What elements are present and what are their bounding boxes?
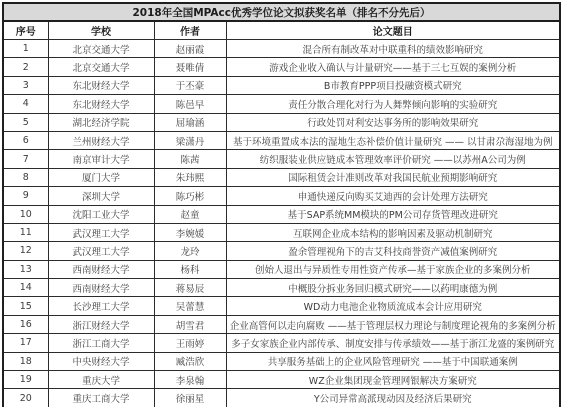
table-row: 7南京审计大学陈茜纺织服装业供应链成本管理效率评价研究 ——以苏州A公司为例 xyxy=(3,150,560,168)
column-header-author: 作者 xyxy=(154,21,226,40)
thesis-title-cell: 游戏企业收入确认与计量研究——基于三七互娱的案例分析 xyxy=(226,58,560,76)
table-row: 4东北财经大学陈邑早责任分散合理化对行为人舞弊倾向影响的实验研究 xyxy=(3,95,560,113)
awards-table: 2018年全国MPAcc优秀学位论文拟获奖名单（排名不分先后） 序号 学校 作者… xyxy=(2,2,561,407)
thesis-title-cell: 盈余管理视角下的吉艾科技商誉资产减值案例研究 xyxy=(226,242,560,260)
table-header-row: 序号 学校 作者 论文题目 xyxy=(3,21,560,40)
school-cell: 深圳大学 xyxy=(48,187,154,205)
row-number-cell: 5 xyxy=(3,113,48,131)
table-row: 17浙江工商大学王雨婷多子女家族企业内部传承、制度安排与传承绩效——基于浙江龙盛… xyxy=(3,334,560,352)
row-number-cell: 7 xyxy=(3,150,48,168)
author-cell: 李婉媛 xyxy=(154,223,226,241)
school-cell: 西南财经大学 xyxy=(48,260,154,278)
author-cell: 蒋易辰 xyxy=(154,279,226,297)
table-row: 15长沙理工大学吴蕾慧WD动力电池企业物质流成本会计应用研究 xyxy=(3,297,560,315)
thesis-title-cell: 责任分散合理化对行为人舞弊倾向影响的实验研究 xyxy=(226,95,560,113)
table-title: 2018年全国MPAcc优秀学位论文拟获奖名单（排名不分先后） xyxy=(3,3,560,21)
table-row: 20重庆工商大学徐丽星Y公司异常高派现动因及经济后果研究 xyxy=(3,389,560,407)
author-cell: 李泉翰 xyxy=(154,371,226,389)
table-row: 2北京交通大学聂唯倩游戏企业收入确认与计量研究——基于三七互娱的案例分析 xyxy=(3,58,560,76)
school-cell: 浙江工商大学 xyxy=(48,334,154,352)
table-row: 16浙江财经大学胡雪君企业高管何以走向腐败 ——基于管理层权力理论与制度理论视角… xyxy=(3,315,560,333)
row-number-cell: 17 xyxy=(3,334,48,352)
author-cell: 王雨婷 xyxy=(154,334,226,352)
table-row: 11武汉理工大学李婉媛互联网企业成本结构的影响因素及驱动机制研究 xyxy=(3,223,560,241)
thesis-title-cell: 企业高管何以走向腐败 ——基于管理层权力理论与制度理论视角的多案例分析 xyxy=(226,315,560,333)
thesis-title-cell: 国际租赁会计准则改革对我国民航业预期影响研究 xyxy=(226,168,560,186)
row-number-cell: 6 xyxy=(3,131,48,149)
table-row: 13西南财经大学杨科创始人退出与异质性专用性资产传承—基于家族企业的多案例分析 xyxy=(3,260,560,278)
thesis-title-cell: 多子女家族企业内部传承、制度安排与传承绩效——基于浙江龙盛的案例研究 xyxy=(226,334,560,352)
row-number-cell: 11 xyxy=(3,223,48,241)
thesis-title-cell: 基于SAP系统MM模块的PM公司存货管理改进研究 xyxy=(226,205,560,223)
thesis-title-cell: 共享服务基础上的企业风险管理研究 ——基于中国联通案例 xyxy=(226,352,560,370)
school-cell: 长沙理工大学 xyxy=(48,297,154,315)
school-cell: 厦门大学 xyxy=(48,168,154,186)
column-header-number: 序号 xyxy=(3,21,48,40)
school-cell: 兰州财经大学 xyxy=(48,131,154,149)
row-number-cell: 14 xyxy=(3,279,48,297)
column-header-thesis: 论文题目 xyxy=(226,21,560,40)
author-cell: 杨科 xyxy=(154,260,226,278)
school-cell: 重庆大学 xyxy=(48,371,154,389)
page-container: 2018年全国MPAcc优秀学位论文拟获奖名单（排名不分先后） 序号 学校 作者… xyxy=(0,0,563,407)
author-cell: 聂唯倩 xyxy=(154,58,226,76)
table-row: 12武汉理工大学龙玲盈余管理视角下的吉艾科技商誉资产减值案例研究 xyxy=(3,242,560,260)
author-cell: 赵丽霞 xyxy=(154,40,226,58)
author-cell: 吴蕾慧 xyxy=(154,297,226,315)
table-row: 5湖北经济学院屈瑜涵行政处罚对利安达事务所的影响效果研究 xyxy=(3,113,560,131)
author-cell: 陈巧彬 xyxy=(154,187,226,205)
table-row: 6兰州财经大学梁潇丹基于环境重置成本法的湿地生态补偿价值计量研究 —— 以甘肃尕… xyxy=(3,131,560,149)
school-cell: 东北财经大学 xyxy=(48,95,154,113)
author-cell: 臧浩欣 xyxy=(154,352,226,370)
school-cell: 北京交通大学 xyxy=(48,58,154,76)
school-cell: 湖北经济学院 xyxy=(48,113,154,131)
row-number-cell: 8 xyxy=(3,168,48,186)
row-number-cell: 10 xyxy=(3,205,48,223)
school-cell: 中央财经大学 xyxy=(48,352,154,370)
school-cell: 武汉理工大学 xyxy=(48,242,154,260)
author-cell: 梁潇丹 xyxy=(154,131,226,149)
author-cell: 龙玲 xyxy=(154,242,226,260)
school-cell: 东北财经大学 xyxy=(48,76,154,94)
thesis-title-cell: 混合所有制改革对中联重科的绩效影响研究 xyxy=(226,40,560,58)
table-row: 14西南财经大学蒋易辰中概股分拆业务回归模式研究——以药明康德为例 xyxy=(3,279,560,297)
thesis-title-cell: 纺织服装业供应链成本管理效率评价研究 ——以苏州A公司为例 xyxy=(226,150,560,168)
author-cell: 徐丽星 xyxy=(154,389,226,407)
row-number-cell: 16 xyxy=(3,315,48,333)
thesis-title-cell: WD动力电池企业物质流成本会计应用研究 xyxy=(226,297,560,315)
table-title-row: 2018年全国MPAcc优秀学位论文拟获奖名单（排名不分先后） xyxy=(3,3,560,21)
school-cell: 浙江财经大学 xyxy=(48,315,154,333)
row-number-cell: 13 xyxy=(3,260,48,278)
row-number-cell: 3 xyxy=(3,76,48,94)
table-row: 10沈阳工业大学赵童基于SAP系统MM模块的PM公司存货管理改进研究 xyxy=(3,205,560,223)
author-cell: 胡雪君 xyxy=(154,315,226,333)
author-cell: 陈邑早 xyxy=(154,95,226,113)
school-cell: 重庆工商大学 xyxy=(48,389,154,407)
school-cell: 沈阳工业大学 xyxy=(48,205,154,223)
table-row: 3东北财经大学于丕豪B市教育PPP项目投融资模式研究 xyxy=(3,76,560,94)
table-body: 1北京交通大学赵丽霞混合所有制改革对中联重科的绩效影响研究2北京交通大学聂唯倩游… xyxy=(3,40,560,407)
row-number-cell: 20 xyxy=(3,389,48,407)
column-header-school: 学校 xyxy=(48,21,154,40)
row-number-cell: 12 xyxy=(3,242,48,260)
thesis-title-cell: Y公司异常高派现动因及经济后果研究 xyxy=(226,389,560,407)
table-row: 1北京交通大学赵丽霞混合所有制改革对中联重科的绩效影响研究 xyxy=(3,40,560,58)
school-cell: 北京交通大学 xyxy=(48,40,154,58)
thesis-title-cell: 基于环境重置成本法的湿地生态补偿价值计量研究 —— 以甘肃尕海湿地为例 xyxy=(226,131,560,149)
row-number-cell: 19 xyxy=(3,371,48,389)
table-row: 18中央财经大学臧浩欣共享服务基础上的企业风险管理研究 ——基于中国联通案例 xyxy=(3,352,560,370)
author-cell: 屈瑜涵 xyxy=(154,113,226,131)
row-number-cell: 9 xyxy=(3,187,48,205)
author-cell: 陈茜 xyxy=(154,150,226,168)
thesis-title-cell: 创始人退出与异质性专用性资产传承—基于家族企业的多案例分析 xyxy=(226,260,560,278)
row-number-cell: 2 xyxy=(3,58,48,76)
school-cell: 武汉理工大学 xyxy=(48,223,154,241)
author-cell: 赵童 xyxy=(154,205,226,223)
thesis-title-cell: WZ企业集团现金管理网银解决方案研究 xyxy=(226,371,560,389)
row-number-cell: 1 xyxy=(3,40,48,58)
author-cell: 于丕豪 xyxy=(154,76,226,94)
author-cell: 朱玮熙 xyxy=(154,168,226,186)
thesis-title-cell: 行政处罚对利安达事务所的影响效果研究 xyxy=(226,113,560,131)
table-row: 19重庆大学李泉翰WZ企业集团现金管理网银解决方案研究 xyxy=(3,371,560,389)
school-cell: 南京审计大学 xyxy=(48,150,154,168)
thesis-title-cell: B市教育PPP项目投融资模式研究 xyxy=(226,76,560,94)
thesis-title-cell: 互联网企业成本结构的影响因素及驱动机制研究 xyxy=(226,223,560,241)
row-number-cell: 18 xyxy=(3,352,48,370)
thesis-title-cell: 中概股分拆业务回归模式研究——以药明康德为例 xyxy=(226,279,560,297)
table-row: 8厦门大学朱玮熙国际租赁会计准则改革对我国民航业预期影响研究 xyxy=(3,168,560,186)
table-row: 9深圳大学陈巧彬申通快递反向购买艾迪西的会计处理方法研究 xyxy=(3,187,560,205)
school-cell: 西南财经大学 xyxy=(48,279,154,297)
thesis-title-cell: 申通快递反向购买艾迪西的会计处理方法研究 xyxy=(226,187,560,205)
row-number-cell: 15 xyxy=(3,297,48,315)
row-number-cell: 4 xyxy=(3,95,48,113)
